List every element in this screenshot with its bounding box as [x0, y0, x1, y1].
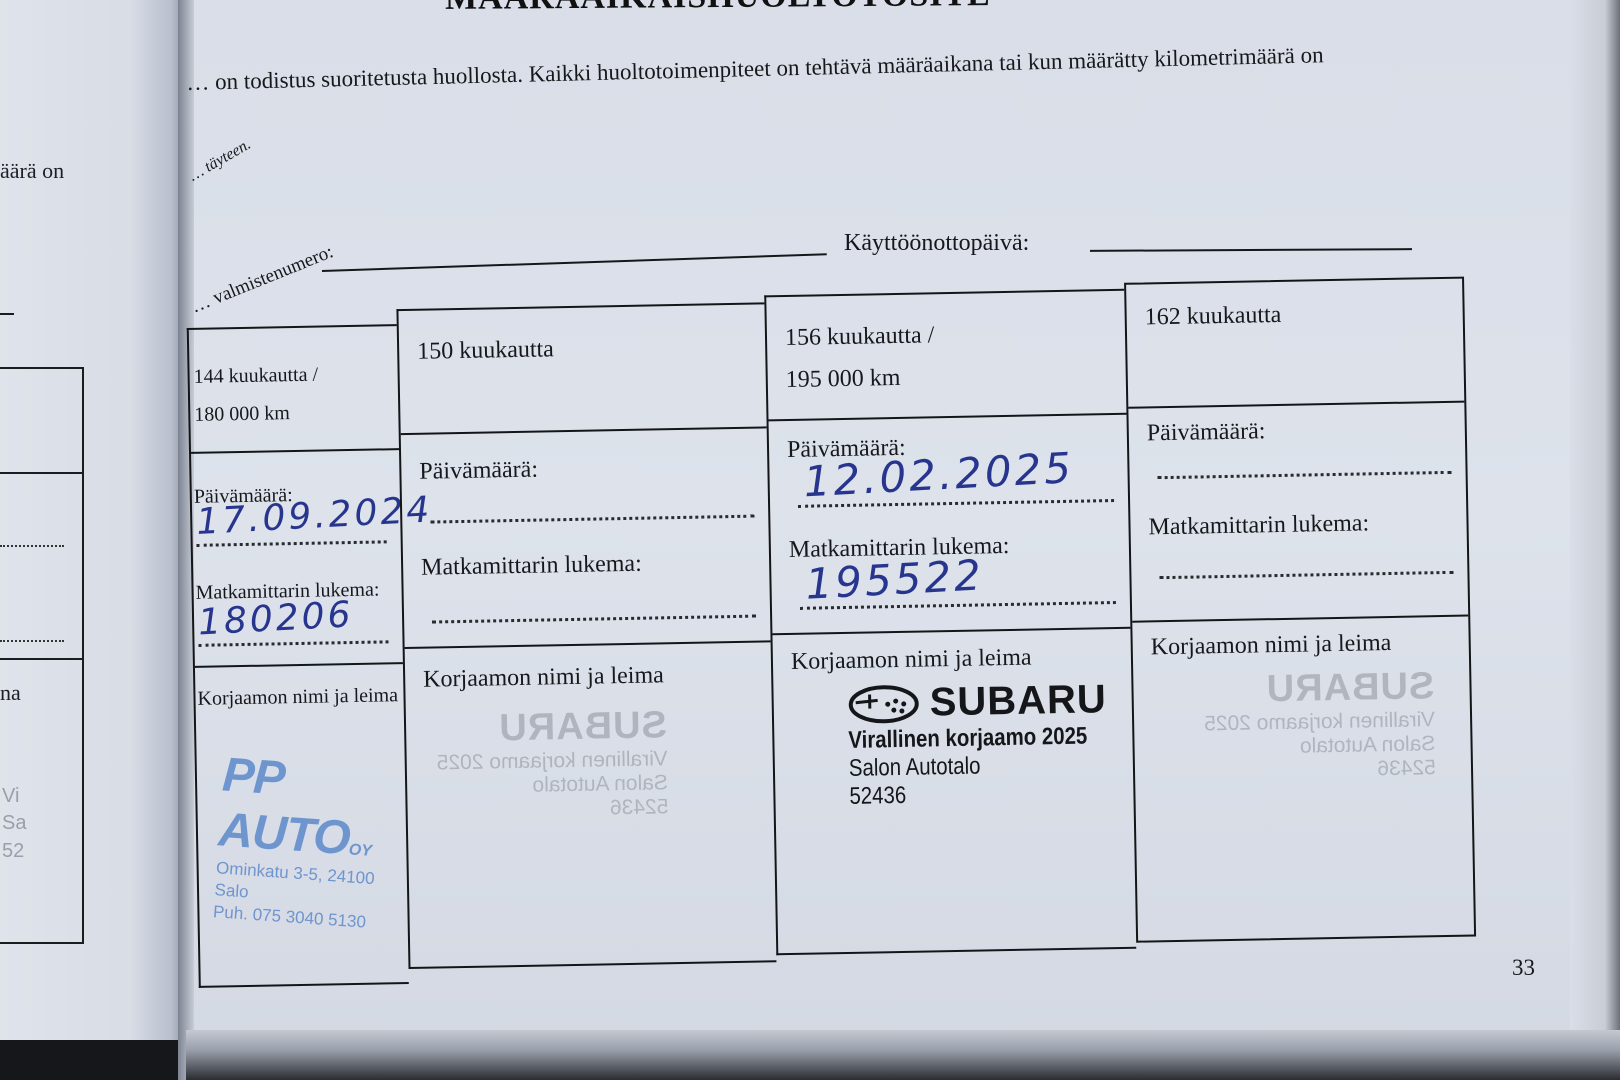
left-page: äärä on na Vi Sa 52 — [0, 0, 186, 1040]
handwritten-odometer: 180206 — [197, 594, 354, 643]
left-page-divider — [0, 658, 82, 660]
service-date-odometer-cell: Päivämäärä: Matkamittarin lukema: — [1128, 401, 1468, 623]
odometer-label: Matkamittarin lukema: — [1148, 510, 1369, 541]
workshop-label: Korjaamon nimi ja leima — [197, 684, 398, 711]
left-page-ghost-text: Sa — [2, 812, 26, 835]
workshop-label: Korjaamon nimi ja leima — [423, 662, 664, 693]
service-interval-cell: 150 kuukautta — [398, 304, 766, 435]
registration-date-label: Käyttöönottopäivä: — [844, 230, 1029, 257]
left-page-text-fragment: na — [0, 680, 21, 706]
page-number: 33 — [1512, 955, 1535, 981]
service-record-table: 144 kuukautta / 180 000 km Päivämäärä: 1… — [186, 263, 1539, 987]
stamp-line: 52436 — [849, 779, 1088, 811]
service-interval: 162 kuukautta — [1144, 294, 1281, 338]
stamp-line: Virallinen korjaamo 2025 — [848, 723, 1087, 755]
service-date-odometer-cell: Päivämäärä: Matkamittarin lukema: — [401, 426, 771, 649]
service-interval: 144 kuukautta / — [193, 356, 318, 396]
left-page-ghost-text: 52 — [2, 840, 24, 863]
ghost-stamp-brand: SUBARU — [436, 704, 668, 751]
date-label: Päivämäärä: — [1147, 418, 1266, 447]
service-column-144: 144 kuukautta / 180 000 km Päivämäärä: 1… — [187, 324, 409, 988]
left-page-line — [0, 313, 14, 315]
subaru-logo-icon — [847, 683, 920, 724]
stamp-brand: SUBARU — [929, 677, 1107, 725]
service-interval-cell: 162 kuukautta — [1126, 279, 1464, 409]
odometer-field-dotted-line — [432, 615, 756, 624]
left-page-ghost-text: Vi — [2, 785, 19, 808]
service-distance: 195 000 km — [785, 356, 935, 401]
workshop-stamp-subaru: SUBARU Virallinen korjaamo 2025 Salon Au… — [847, 677, 1130, 811]
handwritten-odometer: 195522 — [804, 550, 985, 608]
service-date-odometer-cell: Päivämäärä: 17.09.2024 Matkamittarin luk… — [191, 448, 403, 668]
page-bottom-edge — [186, 1030, 1620, 1080]
service-column-150: 150 kuukautta Päivämäärä: Matkamittarin … — [396, 302, 776, 969]
ghost-stamp-line: 52436 — [437, 795, 668, 823]
left-page-divider — [0, 472, 84, 474]
service-interval: 156 kuukautta / — [785, 314, 935, 359]
stamp-company-suffix: OY — [348, 841, 372, 860]
odometer-label: Matkamittarin lukema: — [421, 551, 642, 582]
odometer-field-dotted-line — [1159, 571, 1453, 579]
left-page-dotted-line — [0, 640, 64, 642]
service-interval-cell: 156 kuukautta / 195 000 km — [766, 291, 1126, 422]
left-page-text-fragment: äärä on — [0, 158, 64, 184]
service-column-162: 162 kuukautta Päivämäärä: Matkamittarin … — [1124, 277, 1476, 943]
ghost-stamp-subaru: SUBARU Virallinen korjaamo 2025 Salon Au… — [436, 704, 669, 823]
workshop-stamp-pp-auto: PP AUTOOY Ominkatu 3-5, 24100 Salo Puh. … — [212, 748, 412, 937]
service-date-odometer-cell: Päivämäärä: 12.02.2025 Matkamittarin luk… — [769, 413, 1131, 636]
left-page-dotted-line — [0, 545, 64, 547]
service-distance: 180 000 km — [194, 394, 319, 434]
service-interval-cell: 144 kuukautta / 180 000 km — [189, 326, 399, 454]
date-label: Päivämäärä: — [419, 457, 538, 486]
workshop-label: Korjaamon nimi ja leima — [1151, 630, 1392, 661]
service-column-156: 156 kuukautta / 195 000 km Päivämäärä: 1… — [764, 289, 1136, 955]
ghost-stamp-subaru: SUBARU Virallinen korjaamo 2025 Salon Au… — [1203, 665, 1436, 784]
page-stack-edge — [1570, 0, 1620, 1080]
date-field-dotted-line — [1158, 471, 1452, 479]
workshop-stamp-cell: Korjaamon nimi ja leima PP AUTOOY Ominka… — [195, 662, 409, 986]
workshop-stamp-cell: Korjaamon nimi ja leima SUBARU Viralline… — [405, 640, 777, 967]
workshop-stamp-cell: Korjaamon nimi ja leima SUBARU Viralline… — [1132, 615, 1474, 941]
service-interval: 150 kuukautta — [417, 328, 554, 372]
stamp-line: Salon Autotalo — [849, 751, 1088, 783]
workshop-label: Korjaamon nimi ja leima — [791, 645, 1032, 676]
ghost-stamp-brand: SUBARU — [1203, 665, 1435, 712]
stamp-company-name: PP AUTO — [217, 749, 351, 866]
workshop-stamp-cell: Korjaamon nimi ja leima SUBARU Viralline… — [772, 627, 1136, 954]
date-field-dotted-line — [430, 515, 754, 524]
ghost-stamp-line: 52436 — [1205, 756, 1436, 784]
